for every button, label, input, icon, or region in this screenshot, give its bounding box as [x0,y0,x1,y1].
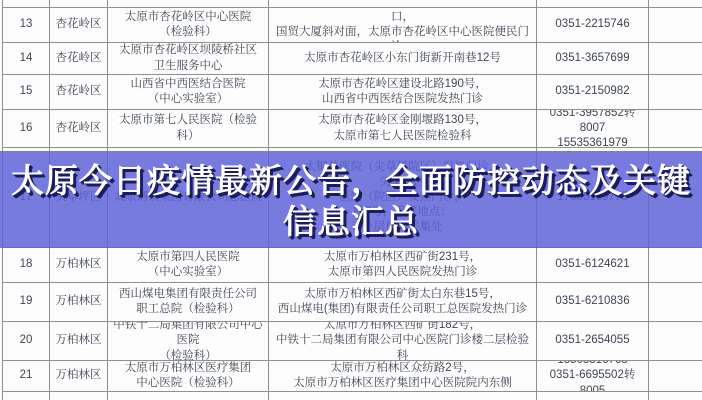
empty-cell [649,392,702,400]
hospital-name-cell: 西山煤电集团有限责任公司 职工总院（检验科） [108,283,269,321]
district-cell: 杏花岭区 [50,75,108,109]
screenshot-root: 13 杏花岭区 太原市杏花岭区中心医院 （检验科） 太原市杏花岭区府西街8号，府… [0,0,702,400]
headline-line1: 太原今日疫情最新公告，全面防控动态及关键 [11,160,691,201]
hospital-name-cell [108,392,269,400]
district-cell: 杏花岭区 [50,43,108,74]
district-cell: 万柏林区 [50,283,108,321]
table-row: 19 万柏林区 西山煤电集团有限责任公司 职工总院（检验科） 太原市万柏林区西矿… [3,283,702,322]
row-no-cell [3,392,50,400]
district-cell: 杏花岭区 [50,110,108,147]
row-no-cell: 14 [3,43,50,74]
empty-cell [649,283,702,321]
row-no-cell: 19 [3,283,50,321]
empty-cell [649,110,702,147]
district-cell: 万柏林区 [50,361,108,391]
hospital-name-cell: 太原市第四人民医院 （中心实验室） [108,248,269,282]
address-cell: 太原市杏花岭区小东门街新开南巷12号 [269,43,537,74]
address-cell: 太原市万柏林区众纺路2号， 太原市万柏林区医疗集团中心医院院内东侧 [269,361,537,391]
row-no-cell [3,0,50,7]
hospital-name-cell: 山西省中西医结合医院 （中心实验室） [108,75,269,109]
empty-cell [649,361,702,391]
row-no-cell: 15 [3,75,50,109]
row-no-cell: 18 [3,248,50,282]
phone-cell: 0351-2654055 [537,322,649,360]
address-cell: 太原市杏花岭区建设北路190号， 山西省中西医结合医院发热门诊 [269,75,537,109]
address-cell: 太原市万柏林区西矿街231号， 太原市第四人民医院发热门诊 [269,248,537,282]
empty-cell [649,75,702,109]
table-row-partial-bottom [3,392,702,400]
phone-cell: 0351-2215746 [537,8,649,42]
table-row: 20 万柏林区 中铁十二局集团有限公司中心医院 （检验科） 太原市万柏林区西矿街… [3,322,702,361]
hospital-name-cell: 太原市万柏林区医疗集团 中心医院（检验科） [108,361,269,391]
phone-cell [537,392,649,400]
address-cell [269,0,537,7]
district-cell [50,0,108,7]
empty-cell [649,8,702,42]
table-row: 14 杏花岭区 太原市杏花岭区坝陵桥社区 卫生服务中心 太原市杏花岭区小东门街新… [3,43,702,75]
hospital-name-cell: 太原市第七人民医院（检验科） [108,110,269,147]
phone-cell: 0351-3657699 [537,43,649,74]
phone-cell: 0351-6210836 [537,283,649,321]
address-cell: 太原市杏花岭区府西街8号，府西街与解放路交接口， 国贸大厦斜对面，太原市杏花岭区… [269,8,537,42]
empty-cell [649,43,702,74]
hospital-name-cell [108,0,269,7]
phone-cell: 0351-6124621 [537,248,649,282]
phone-cell: 13503516768 0351-6695502转8005 [537,361,649,391]
empty-cell [649,0,702,7]
empty-cell [649,248,702,282]
address-cell: 太原市杏花岭区金刚堰路130号， 太原市第七人民医院检验科 [269,110,537,147]
headline-line2: 信息汇总 [283,201,419,242]
phone-cell: 0351-2150982 [537,75,649,109]
table-row: 21 万柏林区 太原市万柏林区医疗集团 中心医院（检验科） 太原市万柏林区众纺路… [3,361,702,392]
row-no-cell: 21 [3,361,50,391]
address-cell [269,392,537,400]
address-cell: 太原市万柏林区西矿街182号， 中铁十二局集团有限公司中心医院门诊楼二层检验科 [269,322,537,360]
headline-overlay: 太原今日疫情最新公告，全面防控动态及关键 信息汇总 [0,151,702,248]
address-cell: 太原市万柏林区西矿街太白东巷15号， 西山煤电(集团)有限责任公司职工总医院发热… [269,283,537,321]
row-no-cell: 20 [3,322,50,360]
table-row: 18 万柏林区 太原市第四人民医院 （中心实验室） 太原市万柏林区西矿街231号… [3,248,702,283]
phone-cell [537,0,649,7]
hospital-name-cell: 太原市杏花岭区坝陵桥社区 卫生服务中心 [108,43,269,74]
table-row: 16 杏花岭区 太原市第七人民医院（检验科） 太原市杏花岭区金刚堰路130号， … [3,110,702,148]
district-cell [50,392,108,400]
phone-cell: 0351-3957852转8007 15535361979 [537,110,649,147]
row-no-cell: 13 [3,8,50,42]
hospital-name-cell: 太原市杏花岭区中心医院 （检验科） [108,8,269,42]
district-cell: 杏花岭区 [50,8,108,42]
district-cell: 万柏林区 [50,248,108,282]
row-no-cell: 16 [3,110,50,147]
table-row: 13 杏花岭区 太原市杏花岭区中心医院 （检验科） 太原市杏花岭区府西街8号，府… [3,8,702,43]
table-row: 15 杏花岭区 山西省中西医结合医院 （中心实验室） 太原市杏花岭区建设北路19… [3,75,702,110]
hospital-name-cell: 中铁十二局集团有限公司中心医院 （检验科） [108,322,269,360]
district-cell: 万柏林区 [50,322,108,360]
empty-cell [649,322,702,360]
table-row-partial-top [3,0,702,8]
